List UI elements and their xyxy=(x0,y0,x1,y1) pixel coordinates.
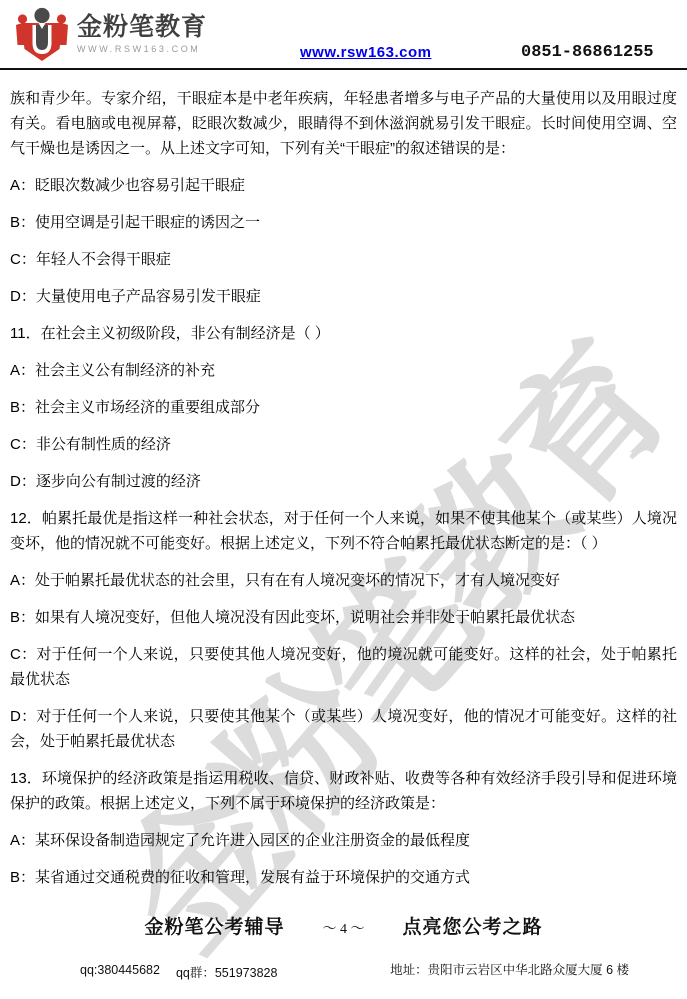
option-line: A：社会主义公有制经济的补充 xyxy=(10,358,677,383)
brand-name: 金粉笔教育 xyxy=(77,13,207,41)
option-line: A：某环保设备制造园规定了允许进入园区的企业注册资金的最低程度 xyxy=(10,828,677,853)
paragraph-line: 13．环境保护的经济政策是指运用税收、信贷、财政补贴、收费等各种有效经济手段引导… xyxy=(10,766,677,816)
option-line: D：逐步向公有制过渡的经济 xyxy=(10,469,677,494)
document-page: 金粉笔教育 WWW.RSW163.COM www.rsw163.com 0851… xyxy=(0,0,687,999)
brand-logo: 金粉笔教育 WWW.RSW163.COM xyxy=(14,7,207,62)
qq-number: qq:380445682 xyxy=(80,963,160,981)
footer-brand-right: 点亮您公考之路 xyxy=(403,912,543,939)
brand-site-caption: WWW.RSW163.COM xyxy=(77,44,207,54)
option-line: C：年轻人不会得干眼症 xyxy=(10,247,677,272)
footer-brand-left: 金粉笔公考辅导 xyxy=(144,912,284,939)
page-number: ～ 4 ～ xyxy=(323,918,365,938)
option-line: C：非公有制性质的经济 xyxy=(10,432,677,457)
website-link[interactable]: www.rsw163.com xyxy=(300,44,432,61)
brand-logo-text: 金粉笔教育 WWW.RSW163.COM xyxy=(77,13,207,54)
phone-number: 0851-86861255 xyxy=(521,43,654,62)
option-line: B：使用空调是引起干眼症的诱因之一 xyxy=(10,210,677,235)
qq-group-number: qq群：551973828 xyxy=(176,963,277,981)
people-emblem-icon xyxy=(14,7,70,62)
footer-contacts: qq:380445682 qq群：551973828 地址：贵阳市云岩区中华北路… xyxy=(80,960,629,981)
option-line: A：眨眼次数减少也容易引起干眼症 xyxy=(10,173,677,198)
page-header: 金粉笔教育 WWW.RSW163.COM www.rsw163.com 0851… xyxy=(0,0,687,70)
footer-qq-block: qq:380445682 qq群：551973828 xyxy=(80,963,277,981)
option-line: B：社会主义市场经济的重要组成部分 xyxy=(10,395,677,420)
footer-brand-line: 金粉笔公考辅导 ～ 4 ～ 点亮您公考之路 xyxy=(0,912,687,939)
option-line: B：如果有人境况变好，但他人境况没有因此变坏，说明社会并非处于帕累托最优状态 xyxy=(10,605,677,630)
option-line: D：大量使用电子产品容易引发干眼症 xyxy=(10,284,677,309)
address: 地址：贵阳市云岩区中华北路众厦大厦 6 楼 xyxy=(390,960,629,978)
paragraph-line: 族和青少年。专家介绍，干眼症本是中老年疾病，年轻患者增多与电子产品的大量使用以及… xyxy=(10,86,677,161)
option-line: D：对于任何一个人来说，只要使其他某个（或某些）人境况变好，他的情况才可能变好。… xyxy=(10,704,677,754)
option-line: A：处于帕累托最优状态的社会里，只有在有人境况变坏的情况下，才有人境况变好 xyxy=(10,568,677,593)
option-line: C：对于任何一个人来说，只要使其他人境况变好，他的境况就可能变好。这样的社会，处… xyxy=(10,642,677,692)
question-line: 11．在社会主义初级阶段，非公有制经济是（ ） xyxy=(10,321,677,346)
paragraph-line: 12．帕累托最优是指这样一种社会状态，对于任何一个人来说，如果不使其他某个（或某… xyxy=(10,506,677,556)
question-text-area: 族和青少年。专家介绍，干眼症本是中老年疾病，年轻患者增多与电子产品的大量使用以及… xyxy=(10,86,677,890)
option-line: B：某省通过交通税费的征收和管理，发展有益于环境保护的交通方式 xyxy=(10,865,677,890)
